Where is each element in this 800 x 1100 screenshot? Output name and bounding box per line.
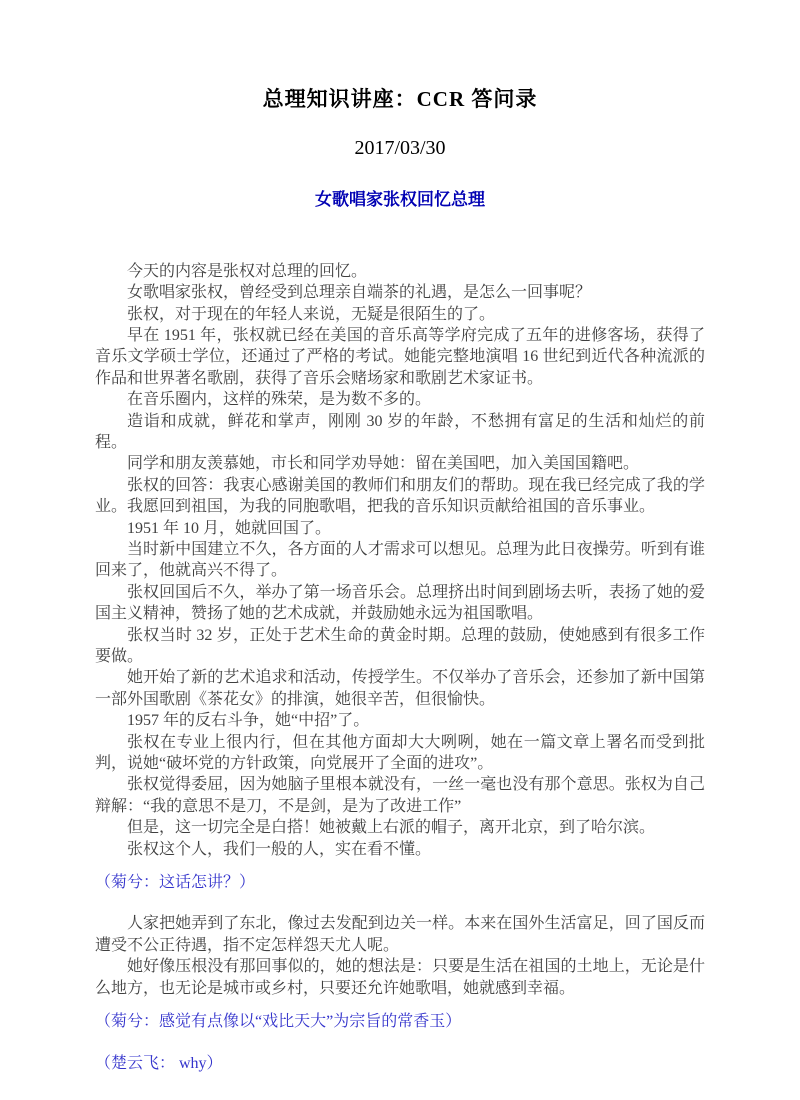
paragraph: 她好像压根没有那回事似的，她的想法是：只要是生活在祖国的土地上，无论是什么地方，… — [95, 956, 705, 999]
date-line: 2017/03/30 — [95, 137, 705, 159]
paragraph: 女歌唱家张权，曾经受到总理亲自端茶的礼遇，是怎么一回事呢？ — [95, 282, 705, 303]
paragraph: 今天的内容是张权对总理的回忆。 — [95, 261, 705, 282]
section-subtitle: 女歌唱家张权回忆总理 — [95, 190, 705, 210]
paragraph: 张权当时 32 岁，正处于艺术生命的黄金时期。总理的鼓励，使她感到有很多工作要做… — [95, 625, 705, 668]
page-title: 总理知识讲座：CCR 答问录 — [95, 87, 705, 111]
comment-line: （菊兮：这话怎讲？） — [95, 872, 705, 893]
paragraph: 造诣和成就，鲜花和掌声，刚刚 30 岁的年龄，不愁拥有富足的生活和灿烂的前程。 — [95, 411, 705, 454]
paragraph: 张权回国后不久，举办了第一场音乐会。总理挤出时间到剧场去听，表扬了她的爱国主义精… — [95, 582, 705, 625]
paragraph: 同学和朋友羡慕她，市长和同学劝导她：留在美国吧，加入美国国籍吧。 — [95, 453, 705, 474]
comment-line: （菊兮：感觉有点像以“戏比天大”为宗旨的常香玉） — [95, 1011, 705, 1032]
paragraph: 张权在专业上很内行，但在其他方面却大大咧咧，她在一篇文章上署名而受到批判，说她“… — [95, 732, 705, 775]
paragraph: 1951 年 10 月，她就回国了。 — [95, 518, 705, 539]
paragraph: 当时新中国建立不久，各方面的人才需求可以想见。总理为此日夜操劳。听到有谁回来了，… — [95, 539, 705, 582]
paragraph: 人家把她弄到了东北，像过去发配到边关一样。本来在国外生活富足，回了国反而遭受不公… — [95, 913, 705, 956]
paragraph: 但是，这一切完全是白搭！她被戴上右派的帽子，离开北京，到了哈尔滨。 — [95, 817, 705, 838]
paragraph: 1957 年的反右斗争，她“中招”了。 — [95, 710, 705, 731]
paragraph: 张权觉得委屈，因为她脑子里根本就没有，一丝一毫也没有那个意思。张权为自己辩解：“… — [95, 774, 705, 817]
paragraph: 张权，对于现在的年轻人来说，无疑是很陌生的了。 — [95, 304, 705, 325]
paragraph: 张权这个人，我们一般的人，实在看不懂。 — [95, 839, 705, 860]
paragraph: 张权的回答：我衷心感谢美国的教师们和朋友们的帮助。现在我已经完成了我的学业。我愿… — [95, 475, 705, 518]
comment-line: （楚云飞： why） — [95, 1053, 705, 1074]
paragraph: 在音乐圈内，这样的殊荣，是为数不多的。 — [95, 389, 705, 410]
paragraph: 她开始了新的艺术追求和活动，传授学生。不仅举办了音乐会，还参加了新中国第一部外国… — [95, 667, 705, 710]
document-content: 今天的内容是张权对总理的回忆。女歌唱家张权，曾经受到总理亲自端茶的礼遇，是怎么一… — [95, 261, 705, 1074]
paragraph: 早在 1951 年，张权就已经在美国的音乐高等学府完成了五年的进修客场，获得了音… — [95, 325, 705, 389]
document-page: 总理知识讲座：CCR 答问录 2017/03/30 女歌唱家张权回忆总理 今天的… — [0, 0, 800, 1100]
